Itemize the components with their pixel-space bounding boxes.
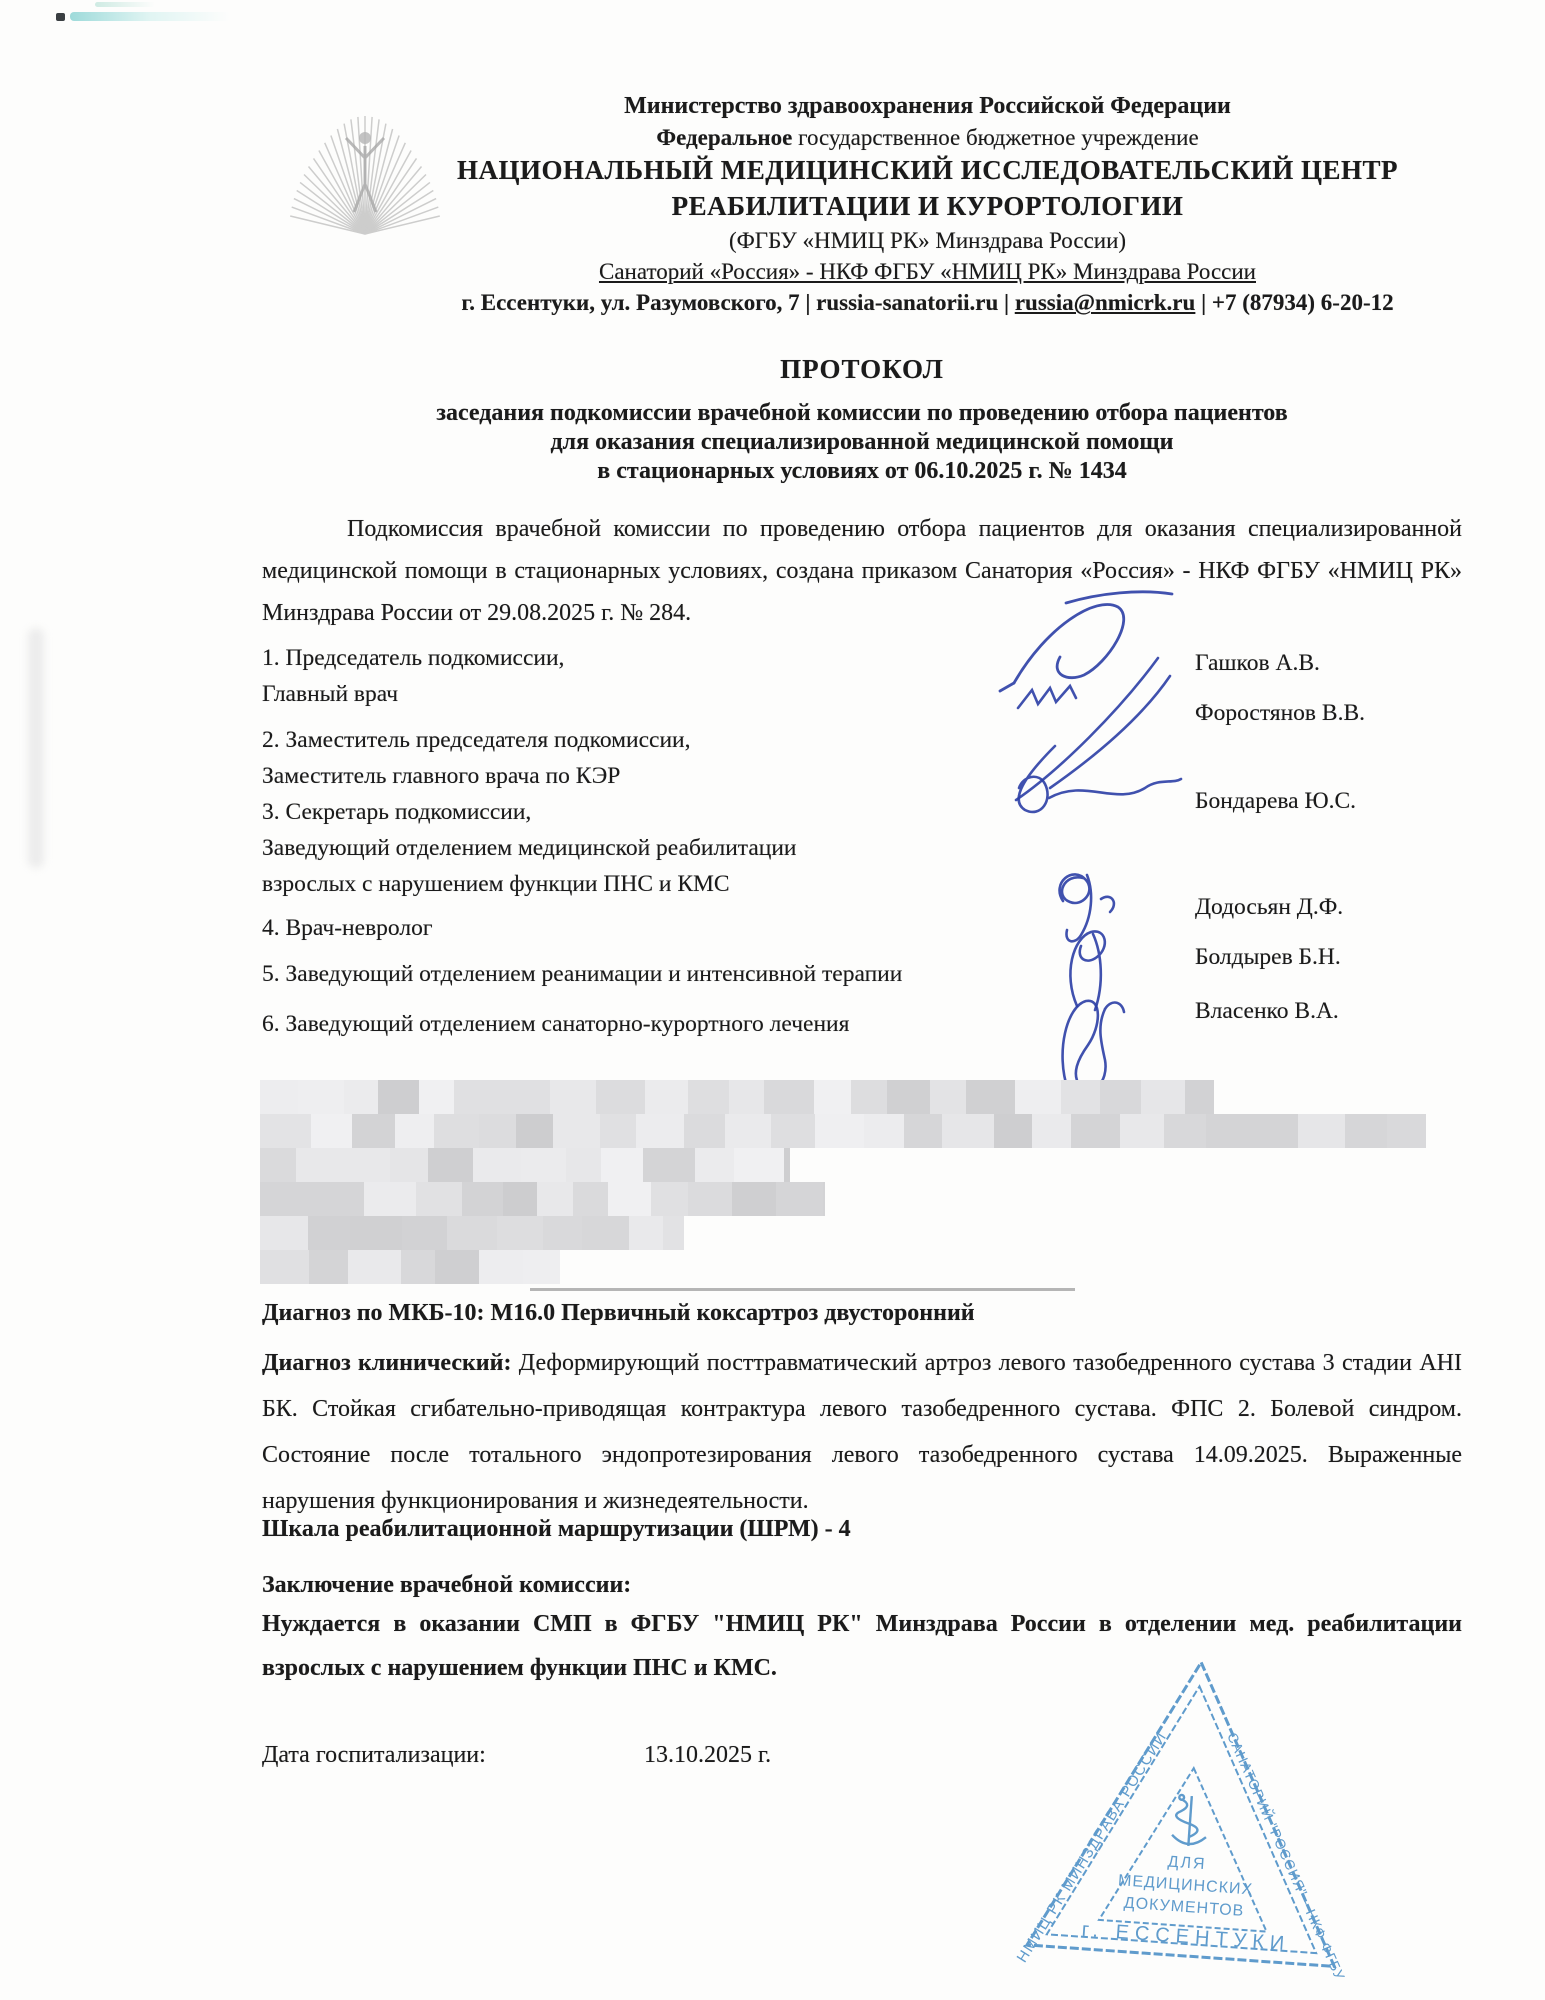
clinical-diagnosis-paragraph: Диагноз клинический: Деформирующий постт… bbox=[262, 1340, 1462, 1524]
committee-name-4: Додосьян Д.Ф. bbox=[1195, 894, 1495, 921]
signature-boldyrev bbox=[1043, 922, 1145, 1017]
stamp-center-line-3: ДОКУМЕНТОВ bbox=[1123, 1895, 1245, 1920]
scan-artifact-smudge bbox=[28, 628, 44, 868]
conclusion-label: Заключение врачебной комиссии: bbox=[262, 1572, 1462, 1599]
scan-artifact-dot bbox=[56, 13, 65, 21]
protocol-subtitle-2: для оказания специализированной медицинс… bbox=[262, 428, 1462, 457]
federal-word: Федеральное bbox=[656, 125, 792, 150]
protocol-subtitle-3: в стационарных условиях от 06.10.2025 г.… bbox=[262, 457, 1462, 486]
redaction-mosaic-row bbox=[260, 1182, 825, 1216]
committee-role-2: 2. Заместитель председателя подкомиссии,… bbox=[262, 722, 1002, 794]
address-line: г. Ессентуки, ул. Разумовского, 7 | russ… bbox=[320, 289, 1535, 316]
sanatorium-line: Санаторий «Россия» - НКФ ФГБУ «НМИЦ РК» … bbox=[320, 258, 1535, 285]
center-name-line-1: НАЦИОНАЛЬНЫЙ МЕДИЦИНСКИЙ ИССЛЕДОВАТЕЛЬСК… bbox=[320, 155, 1535, 187]
protocol-title-block: ПРОТОКОЛ заседания подкомиссии врачебной… bbox=[262, 354, 1462, 486]
redaction-mosaic-row bbox=[260, 1114, 1426, 1148]
phone-text: | +7 (87934) 6-20-12 bbox=[1195, 290, 1393, 315]
redaction-mosaic-row bbox=[260, 1148, 790, 1182]
email-link: russia@nmicrk.ru bbox=[1015, 290, 1196, 315]
hospitalization-date-value: 13.10.2025 г. bbox=[644, 1742, 771, 1769]
center-name-line-2: РЕАБИЛИТАЦИИ И КУРОРТОЛОГИИ bbox=[320, 191, 1535, 223]
scanned-protocol-page: Министерство здравоохранения Российской … bbox=[0, 0, 1545, 2000]
hospitalization-date-label: Дата госпитализации: bbox=[262, 1742, 486, 1769]
triangular-stamp: НМИЦ РК МИНЗДРАВА РОССИИ САНАТОРИЙ "РОСС… bbox=[1010, 1639, 1369, 2000]
federal-institution-line: Федеральное государственное бюджетное уч… bbox=[320, 124, 1535, 151]
document-header: Министерство здравоохранения Российской … bbox=[320, 92, 1535, 321]
committee-role-6: 6. Заведующий отделением санаторно-курор… bbox=[262, 1006, 1002, 1042]
federal-rest: государственное бюджетное учреждение bbox=[792, 125, 1198, 150]
committee-name-3: Бондарева Ю.С. bbox=[1195, 788, 1495, 815]
redaction-mosaic-row bbox=[260, 1216, 684, 1250]
fgbu-line: (ФГБУ «НМИЦ РК» Минздрава России) bbox=[320, 227, 1535, 254]
scan-artifact-streak bbox=[95, 2, 155, 7]
address-text: г. Ессентуки, ул. Разумовского, 7 | russ… bbox=[461, 290, 1014, 315]
committee-role-4: 4. Врач-невролог bbox=[262, 910, 1002, 946]
committee-name-2: Форостянов В.В. bbox=[1195, 700, 1495, 727]
committee-role-1: 1. Председатель подкомиссии, Главный вра… bbox=[262, 640, 1002, 712]
scan-artifact-streak bbox=[70, 12, 230, 21]
intro-paragraph: Подкомиссия врачебной комиссии по провед… bbox=[262, 508, 1462, 634]
protocol-subtitle-1: заседания подкомиссии врачебной комиссии… bbox=[262, 399, 1462, 428]
committee-name-6: Власенко В.А. bbox=[1195, 998, 1495, 1025]
committee-name-1: Гашков А.В. bbox=[1195, 650, 1495, 677]
shrm-scale-line: Шкала реабилитационной маршрутизации (ШР… bbox=[262, 1516, 1462, 1543]
clinical-diagnosis-label: Диагноз клинический: bbox=[262, 1350, 511, 1376]
committee-role-5: 5. Заведующий отделением реанимации и ин… bbox=[262, 956, 1002, 992]
redaction-mosaic-row bbox=[260, 1250, 560, 1284]
stamp-center-line-1: ДЛЯ bbox=[1167, 1854, 1207, 1874]
signature-dodosyan bbox=[1033, 853, 1148, 943]
protocol-heading: ПРОТОКОЛ bbox=[262, 354, 1462, 385]
committee-name-5: Болдырев Б.Н. bbox=[1195, 944, 1495, 971]
signature-bondareva bbox=[993, 738, 1191, 826]
diagnosis-mkb-line: Диагноз по МКБ-10: М16.0 Первичный кокса… bbox=[262, 1300, 1462, 1327]
ministry-line: Министерство здравоохранения Российской … bbox=[320, 92, 1535, 120]
bowl-of-hygieia-icon bbox=[1171, 1794, 1208, 1847]
committee-role-3: 3. Секретарь подкомиссии, Заведующий отд… bbox=[262, 794, 1002, 902]
redaction-mosaic-row bbox=[260, 1080, 1214, 1114]
redaction-underline bbox=[530, 1288, 1075, 1291]
signature-forostyanov bbox=[998, 648, 1198, 813]
